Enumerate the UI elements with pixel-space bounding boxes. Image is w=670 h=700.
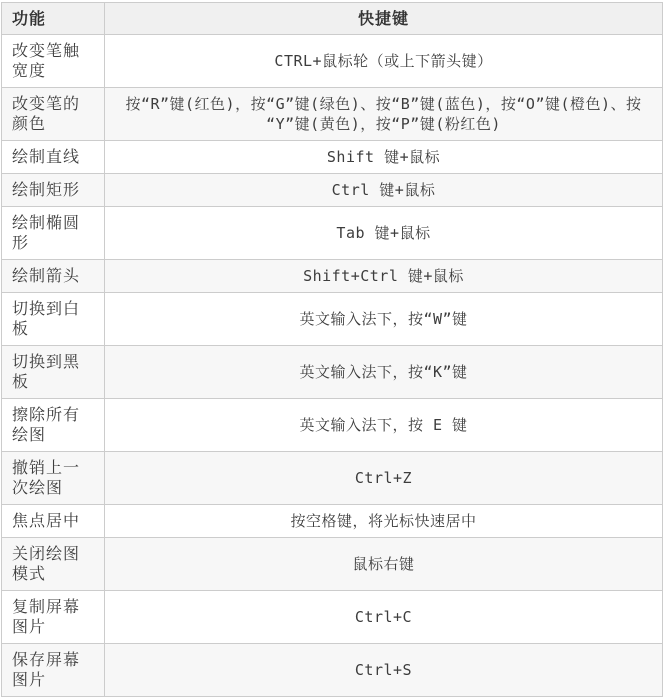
table-row: 保存屏幕 图片 Ctrl+S (2, 644, 663, 697)
shortcut-cell: Ctrl+Z (105, 452, 663, 505)
shortcut-cell: 鼠标右键 (105, 538, 663, 591)
table-body: 改变笔触 宽度 CTRL+鼠标轮（或上下箭头键） 改变笔的 颜色 按“R”键(红… (2, 35, 663, 697)
shortcut-cell: 英文输入法下，按“W”键 (105, 293, 663, 346)
shortcut-cell: 英文输入法下，按“K”键 (105, 346, 663, 399)
table-row: 绘制箭头 Shift+Ctrl 键+鼠标 (2, 260, 663, 293)
shortcut-cell: Tab 键+鼠标 (105, 207, 663, 260)
table-row: 焦点居中 按空格键，将光标快速居中 (2, 505, 663, 538)
shortcut-cell: Ctrl+C (105, 591, 663, 644)
shortcut-cell: Shift+Ctrl 键+鼠标 (105, 260, 663, 293)
header-row: 功能 快捷键 (2, 3, 663, 35)
function-cell: 改变笔触 宽度 (2, 35, 105, 88)
shortcut-cell: 按“R”键(红色)，按“G”键(绿色)、按“B”键(蓝色)，按“O”键(橙色)、… (105, 88, 663, 141)
shortcut-cell: CTRL+鼠标轮（或上下箭头键） (105, 35, 663, 88)
table-row: 改变笔的 颜色 按“R”键(红色)，按“G”键(绿色)、按“B”键(蓝色)，按“… (2, 88, 663, 141)
shortcut-cell: 英文输入法下，按 E 键 (105, 399, 663, 452)
shortcut-cell: Ctrl 键+鼠标 (105, 174, 663, 207)
table-row: 擦除所有 绘图 英文输入法下，按 E 键 (2, 399, 663, 452)
table-row: 改变笔触 宽度 CTRL+鼠标轮（或上下箭头键） (2, 35, 663, 88)
column-header-shortcut: 快捷键 (105, 3, 663, 35)
table-row: 撤销上一 次绘图 Ctrl+Z (2, 452, 663, 505)
table-row: 绘制直线 Shift 键+鼠标 (2, 141, 663, 174)
function-cell: 改变笔的 颜色 (2, 88, 105, 141)
table-row: 绘制椭圆 形 Tab 键+鼠标 (2, 207, 663, 260)
function-cell: 绘制矩形 (2, 174, 105, 207)
column-header-function: 功能 (2, 3, 105, 35)
shortcuts-table: 功能 快捷键 改变笔触 宽度 CTRL+鼠标轮（或上下箭头键） 改变笔的 颜色 … (1, 2, 663, 697)
function-cell: 保存屏幕 图片 (2, 644, 105, 697)
function-cell: 焦点居中 (2, 505, 105, 538)
function-cell: 擦除所有 绘图 (2, 399, 105, 452)
shortcuts-page: 功能 快捷键 改变笔触 宽度 CTRL+鼠标轮（或上下箭头键） 改变笔的 颜色 … (0, 0, 670, 700)
function-cell: 切换到白 板 (2, 293, 105, 346)
table-row: 复制屏幕 图片 Ctrl+C (2, 591, 663, 644)
function-cell: 绘制直线 (2, 141, 105, 174)
table-row: 关闭绘图 模式 鼠标右键 (2, 538, 663, 591)
function-cell: 切换到黑 板 (2, 346, 105, 399)
shortcut-cell: Shift 键+鼠标 (105, 141, 663, 174)
function-cell: 复制屏幕 图片 (2, 591, 105, 644)
table-row: 切换到黑 板 英文输入法下，按“K”键 (2, 346, 663, 399)
table-header: 功能 快捷键 (2, 3, 663, 35)
shortcut-cell: 按空格键，将光标快速居中 (105, 505, 663, 538)
table-row: 绘制矩形 Ctrl 键+鼠标 (2, 174, 663, 207)
function-cell: 关闭绘图 模式 (2, 538, 105, 591)
function-cell: 撤销上一 次绘图 (2, 452, 105, 505)
shortcut-cell: Ctrl+S (105, 644, 663, 697)
table-row: 切换到白 板 英文输入法下，按“W”键 (2, 293, 663, 346)
function-cell: 绘制箭头 (2, 260, 105, 293)
function-cell: 绘制椭圆 形 (2, 207, 105, 260)
